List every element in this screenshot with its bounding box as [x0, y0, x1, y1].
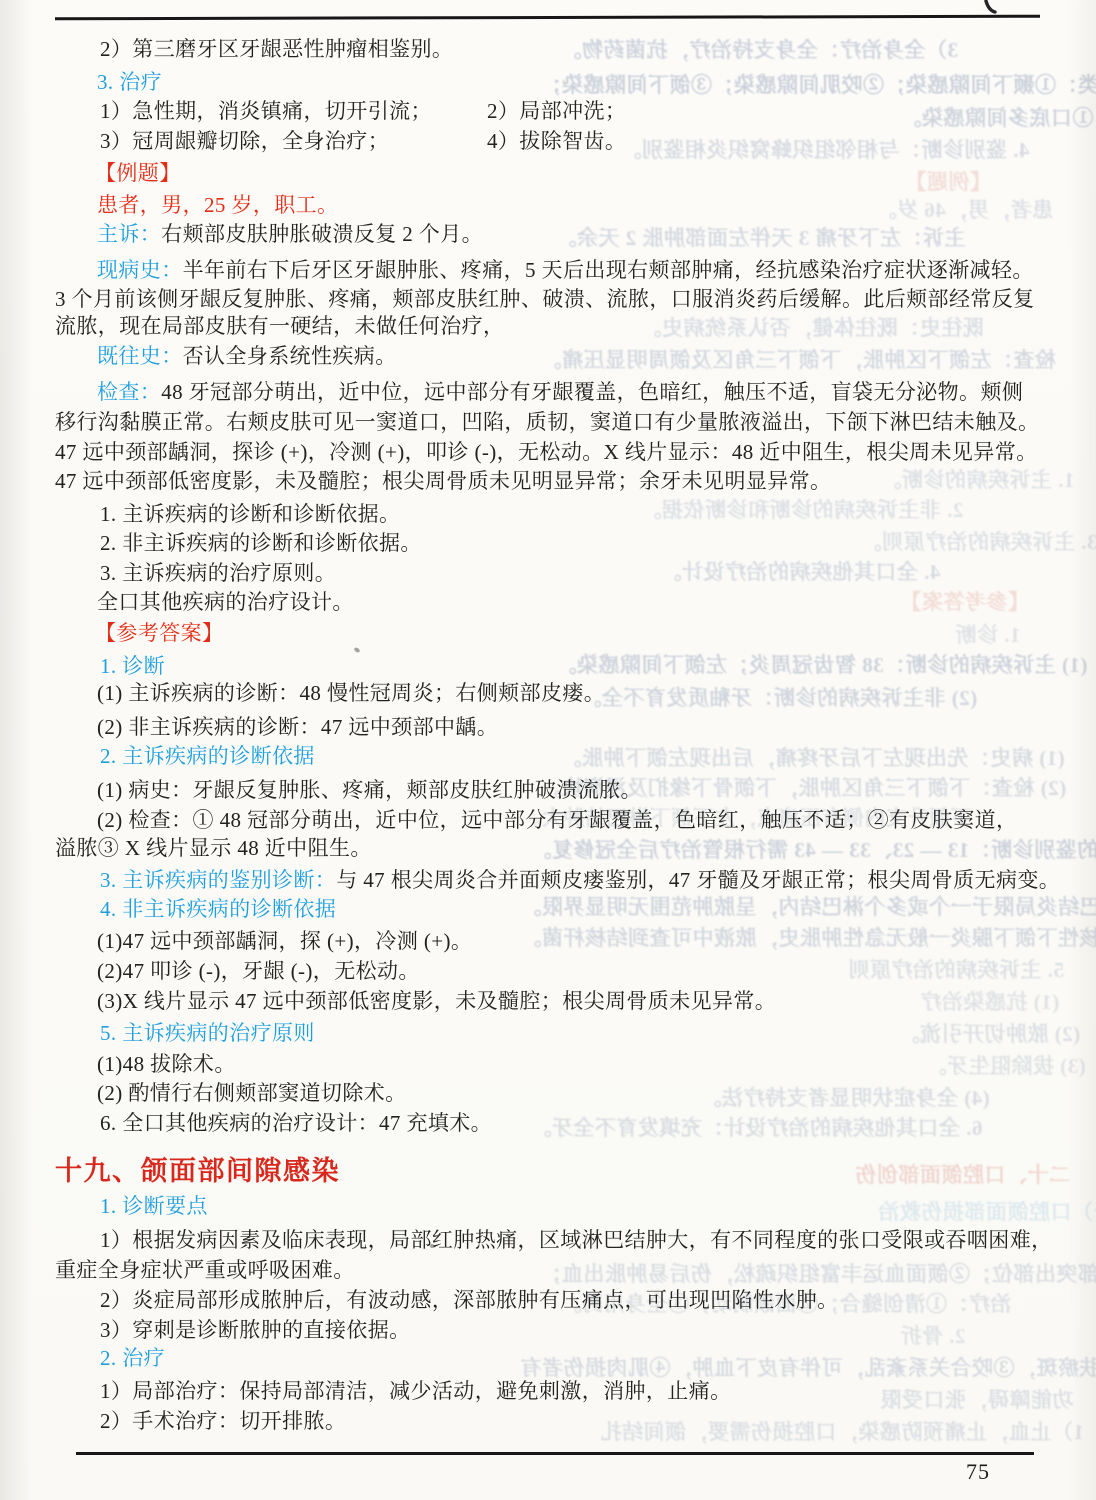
- text-segment: (2) 检查：① 48 冠部分萌出，近中位，远中部分有牙龈覆盖，色暗红，触压不适…: [97, 808, 1017, 832]
- text-line: 1）局部治疗：保持局部清洁，减少活动，避免刺激，消肿，止痛。: [100, 1381, 732, 1402]
- text-line: 3. 治疗: [97, 72, 162, 93]
- text-line: 47 远中颈部低密度影，未及髓腔；根尖周骨质未见明显异常；余牙未见明显异常。: [55, 471, 831, 492]
- text-line: 患者，男，25 岁，职工。: [97, 195, 338, 216]
- text-segment: 3）冠周龈瓣切除，全身治疗；: [100, 129, 389, 153]
- text-line: 2. 非主诉疾病的诊断和诊断依据。: [100, 533, 422, 554]
- text-segment: 1）局部治疗：保持局部清洁，减少活动，避免刺激，消肿，止痛。: [100, 1379, 732, 1403]
- text-segment: 5. 主诉疾病的治疗原则: [100, 1021, 315, 1045]
- scanned-page: 3）全身治疗：全身支持治疗，抗菌药物。3. 分类：①颞下间隙感染；②咬肌间隙感染…: [0, 0, 1096, 1500]
- text-segment: 十九、颌面部间隙感染: [55, 1156, 340, 1186]
- text-segment: 既往史：: [97, 344, 183, 368]
- text-segment: 2. 主诉疾病的诊断依据: [100, 744, 315, 768]
- text-segment: 主诉：: [97, 222, 161, 246]
- text-line: 3）穿刺是诊断脓肿的直接依据。: [100, 1320, 411, 1341]
- text-line: (2) 非主诉疾病的诊断：47 远中颈部中龋。: [97, 717, 498, 738]
- text-line: 6. 全口其他疾病的治疗设计：47 充填术。: [100, 1113, 492, 1134]
- text-line: 移行沟黏膜正常。右颊皮肤可见一窦道口，凹陷，质韧，窦道口有少量脓液溢出，下颌下淋…: [55, 412, 1039, 433]
- text-segment: (2)47 叩诊 (-)，牙龈 (-)，无松动。: [97, 959, 420, 983]
- text-line: 3 个月前该侧牙龈反复肿胀、疼痛，颊部皮肤红肿、破溃、流脓，口服消炎药后缓解。此…: [55, 289, 1035, 310]
- text-line: 3. 主诉疾病的治疗原则。: [100, 563, 336, 584]
- text-segment: 3）穿刺是诊断脓肿的直接依据。: [100, 1318, 411, 1342]
- text-segment: 2）手术治疗：切开排脓。: [100, 1409, 346, 1433]
- text-line: (1) 主诉疾病的诊断：48 慢性冠周炎；右侧颊部皮瘘。: [97, 683, 605, 704]
- text-line: 重症全身症状严重或呼吸困难。: [55, 1260, 355, 1281]
- pen-mark-icon: [976, 0, 1022, 22]
- text-segment: 重症全身症状严重或呼吸困难。: [55, 1258, 355, 1282]
- text-line: 4）拔除智齿。: [487, 131, 626, 152]
- text-line: 【例题】: [95, 163, 181, 184]
- text-segment: 3. 主诉疾病的治疗原则。: [100, 561, 336, 585]
- text-segment: 6. 全口其他疾病的治疗设计：47 充填术。: [100, 1111, 492, 1135]
- text-segment: 48 牙冠部分萌出，近中位，远中部分有牙龈覆盖，色暗红，触压不适，盲袋无分泌物。…: [161, 380, 1023, 404]
- text-line: 2. 主诉疾病的诊断依据: [100, 746, 315, 767]
- text-line: 全口其他疾病的治疗设计。: [97, 592, 354, 613]
- text-segment: 2）局部冲洗；: [487, 99, 626, 123]
- text-segment: 2. 治疗: [100, 1346, 165, 1370]
- text-segment: (1)47 远中颈部龋洞，探 (+)，冷测 (+)。: [97, 929, 472, 953]
- text-segment: 1）急性期，消炎镇痛，切开引流；: [100, 99, 432, 123]
- text-line: 检查：48 牙冠部分萌出，近中位，远中部分有牙龈覆盖，色暗红，触压不适，盲袋无分…: [97, 382, 1023, 403]
- text-line: 流脓，现在局部皮肤有一硬结，未做任何治疗，: [55, 316, 504, 337]
- text-line: 溢脓③ X 线片显示 48 近中阻生。: [55, 838, 372, 859]
- text-line: (2)47 叩诊 (-)，牙龈 (-)，无松动。: [97, 961, 420, 982]
- text-segment: 1. 诊断要点: [100, 1194, 208, 1218]
- text-segment: 1）根据发病因素及临床表现，局部红肿热痛，区域淋巴结肿大，有不同程度的张口受限或…: [100, 1228, 1053, 1252]
- text-segment: 流脓，现在局部皮肤有一硬结，未做任何治疗，: [55, 314, 504, 338]
- text-line: (2) 酌情行右侧颊部窦道切除术。: [97, 1083, 407, 1104]
- text-line: 2. 治疗: [100, 1348, 165, 1369]
- text-line: 现病史：半年前右下后牙区牙龈肿胀、疼痛，5 天后出现右颊部肿痛，经抗感染治疗症状…: [97, 260, 1034, 281]
- text-line: (1) 病史：牙龈反复肿胀、疼痛，颊部皮肤红肿破溃流脓。: [97, 780, 642, 801]
- text-segment: 2. 非主诉疾病的诊断和诊断依据。: [100, 531, 422, 555]
- text-line: 1）急性期，消炎镇痛，切开引流；: [100, 101, 432, 122]
- text-line: 2）炎症局部形成脓肿后，有波动感，深部脓肿有压痛点，可出现凹陷性水肿。: [100, 1290, 839, 1311]
- text-line: (2) 检查：① 48 冠部分萌出，近中位，远中部分有牙龈覆盖，色暗红，触压不适…: [97, 810, 1017, 831]
- text-segment: 全口其他疾病的治疗设计。: [97, 590, 354, 614]
- text-line: 3. 主诉疾病的鉴别诊断：与 47 根尖周炎合并面颊皮瘘鉴别，47 牙髓及牙龈正…: [100, 870, 1060, 891]
- text-segment: 47 远中颈部低密度影，未及髓腔；根尖周骨质未见明显异常；余牙未见明显异常。: [55, 469, 831, 493]
- text-segment: (1) 病史：牙龈反复肿胀、疼痛，颊部皮肤红肿破溃流脓。: [97, 778, 642, 802]
- text-line: 4. 非主诉疾病的诊断依据: [100, 899, 336, 920]
- text-segment: 移行沟黏膜正常。右颊皮肤可见一窦道口，凹陷，质韧，窦道口有少量脓液溢出，下颌下淋…: [55, 410, 1039, 434]
- text-line: 【参考答案】: [95, 623, 223, 644]
- text-segment: 3. 治疗: [97, 70, 162, 94]
- text-line: (1)48 拔除术。: [97, 1054, 236, 1075]
- text-line: 既往史：否认全身系统性疾病。: [97, 346, 397, 367]
- text-segment: 现病史：: [97, 258, 183, 282]
- text-line: 1）根据发病因素及临床表现，局部红肿热痛，区域淋巴结肿大，有不同程度的张口受限或…: [100, 1230, 1053, 1251]
- text-segment: 溢脓③ X 线片显示 48 近中阻生。: [55, 836, 372, 860]
- text-line: 1. 诊断要点: [100, 1196, 208, 1217]
- text-segment: 1. 主诉疾病的诊断和诊断依据。: [100, 502, 400, 526]
- text-line: 3）冠周龈瓣切除，全身治疗；: [100, 131, 389, 152]
- text-segment: 与 47 根尖周炎合并面颊皮瘘鉴别，47 牙髓及牙龈正常；根尖周骨质无病变。: [336, 868, 1060, 892]
- text-line: 2）手术治疗：切开排脓。: [100, 1411, 346, 1432]
- text-segment: 4. 非主诉疾病的诊断依据: [100, 897, 336, 921]
- text-segment: (3)X 线片显示 47 远中颈部低密度影，未及髓腔；根尖周骨质未见异常。: [97, 989, 776, 1013]
- text-line: 1. 诊断: [100, 656, 165, 677]
- text-segment: 【参考答案】: [95, 621, 223, 645]
- text-line: (3)X 线片显示 47 远中颈部低密度影，未及髓腔；根尖周骨质未见异常。: [97, 991, 776, 1012]
- text-segment: 4）拔除智齿。: [487, 129, 626, 153]
- text-layer: 2）第三磨牙区牙龈恶性肿瘤相鉴别。3. 治疗1）急性期，消炎镇痛，切开引流；2）…: [0, 0, 1096, 1500]
- text-segment: 患者，男，25 岁，职工。: [97, 193, 338, 217]
- text-segment: 3. 主诉疾病的鉴别诊断：: [100, 868, 336, 892]
- text-segment: (1)48 拔除术。: [97, 1052, 236, 1076]
- text-line: (1)47 远中颈部龋洞，探 (+)，冷测 (+)。: [97, 931, 472, 952]
- text-line: 47 远中颈部龋洞，探诊 (+)，冷测 (+)，叩诊 (-)，无松动。X 线片显…: [55, 442, 1038, 463]
- text-segment: 2）第三磨牙区牙龈恶性肿瘤相鉴别。: [100, 37, 453, 61]
- text-line: 2）局部冲洗；: [487, 101, 626, 122]
- text-segment: (2) 非主诉疾病的诊断：47 远中颈部中龋。: [97, 715, 498, 739]
- text-segment: 右颊部皮肤肿胀破溃反复 2 个月。: [161, 222, 483, 246]
- text-segment: 2）炎症局部形成脓肿后，有波动感，深部脓肿有压痛点，可出现凹陷性水肿。: [100, 1288, 839, 1312]
- text-line: 主诉：右颊部皮肤肿胀破溃反复 2 个月。: [97, 224, 483, 245]
- text-segment: 1. 诊断: [100, 654, 165, 678]
- text-segment: 否认全身系统性疾病。: [183, 344, 397, 368]
- text-segment: 半年前右下后牙区牙龈肿胀、疼痛，5 天后出现右颊部肿痛，经抗感染治疗症状逐渐减轻…: [183, 258, 1034, 282]
- text-segment: 3 个月前该侧牙龈反复肿胀、疼痛，颊部皮肤红肿、破溃、流脓，口服消炎药后缓解。此…: [55, 287, 1035, 311]
- text-segment: 【例题】: [95, 161, 181, 185]
- text-segment: 47 远中颈部龋洞，探诊 (+)，冷测 (+)，叩诊 (-)，无松动。X 线片显…: [55, 440, 1038, 464]
- text-segment: 检查：: [97, 380, 161, 404]
- text-line: 1. 主诉疾病的诊断和诊断依据。: [100, 504, 400, 525]
- text-line: 5. 主诉疾病的治疗原则: [100, 1023, 315, 1044]
- text-segment: (1) 主诉疾病的诊断：48 慢性冠周炎；右侧颊部皮瘘。: [97, 681, 605, 705]
- text-line: 2）第三磨牙区牙龈恶性肿瘤相鉴别。: [100, 39, 453, 60]
- section-heading: 十九、颌面部间隙感染: [55, 1158, 340, 1185]
- text-segment: (2) 酌情行右侧颊部窦道切除术。: [97, 1081, 407, 1105]
- scan-speck: [430, 1244, 434, 1248]
